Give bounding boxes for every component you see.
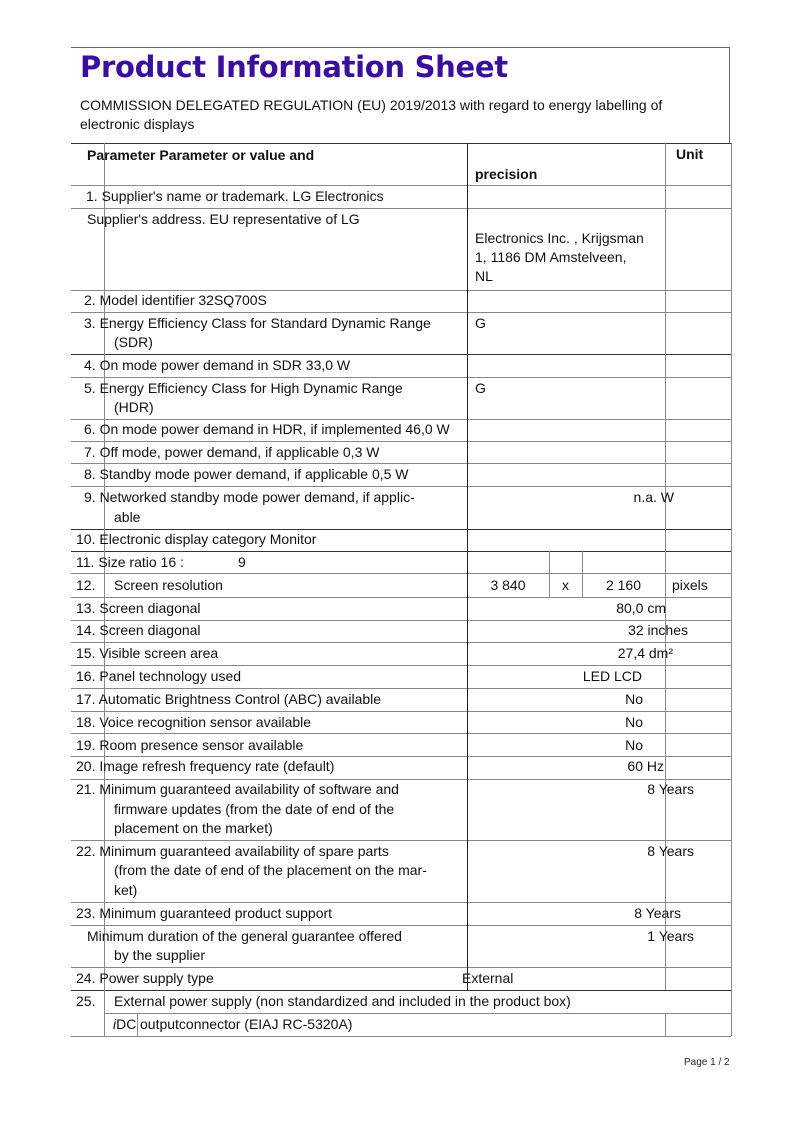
row-general-guarantee-cont: by the supplier xyxy=(114,946,205,965)
column-divider xyxy=(665,1013,666,1036)
refresh-rate-value: 60 Hz xyxy=(560,757,664,776)
row-external-power-number: 25. xyxy=(76,992,95,1011)
row-product-support: 23. Minimum guaranteed product support xyxy=(76,904,332,923)
row-hdr-class: 5. Energy Efficiency Class for High Dyna… xyxy=(84,379,403,398)
row-diagonal-cm: 13. Screen diagonal xyxy=(76,599,201,618)
column-divider xyxy=(104,143,105,1036)
row-divider xyxy=(71,208,731,209)
spare-parts-value: 8 Years xyxy=(560,842,694,861)
column-divider xyxy=(137,1013,138,1036)
networked-standby-value: n.a. W xyxy=(560,488,674,507)
general-guarantee-value: 1 Years xyxy=(560,927,694,946)
row-supplier-name: 1. Supplier's name or trademark. LG Elec… xyxy=(86,187,384,206)
row-spare-parts-cont2: ket) xyxy=(114,881,137,900)
row-sdr-class: 3. Energy Efficiency Class for Standard … xyxy=(84,314,431,333)
room-sensor-value: No xyxy=(560,736,643,755)
row-power-supply-type: 24. Power supply type xyxy=(76,969,214,988)
row-divider xyxy=(71,967,731,968)
row-model-identifier: 2. Model identifier 32SQ700S xyxy=(84,291,267,310)
product-information-sheet-page: Product Information Sheet COMMISSION DEL… xyxy=(0,0,802,1134)
row-divider xyxy=(71,377,731,378)
row-hdr-power: 6. On mode power demand in HDR, if imple… xyxy=(84,420,450,439)
size-ratio-height: 9 xyxy=(238,553,246,572)
row-divider xyxy=(71,990,731,991)
row-networked-standby: 9. Networked standby mode power demand, … xyxy=(84,488,415,507)
product-support-value: 8 Years xyxy=(560,904,681,923)
row-refresh-rate: 20. Image refresh frequency rate (defaul… xyxy=(76,757,334,776)
row-voice-sensor: 18. Voice recognition sensor available xyxy=(76,713,311,732)
row-resolution: Screen resolution xyxy=(114,576,223,595)
row-display-category: 10. Electronic display category Monitor xyxy=(76,530,316,549)
row-resolution-number: 12. xyxy=(76,576,95,595)
row-panel-technology: 16. Panel technology used xyxy=(76,667,241,686)
row-sdr-class-cont: (SDR) xyxy=(114,333,153,352)
row-software-updates: 21. Minimum guaranteed availability of s… xyxy=(76,780,399,799)
abc-value: No xyxy=(560,690,643,709)
row-external-power-supply: External power supply (non standardized … xyxy=(114,992,571,1011)
row-hdr-class-cont: (HDR) xyxy=(114,398,154,417)
row-divider xyxy=(71,733,731,734)
header-precision: precision xyxy=(475,165,537,184)
row-divider xyxy=(71,551,731,552)
row-divider xyxy=(71,902,731,903)
connector-prefix-dc: DC xyxy=(116,1016,136,1032)
row-divider xyxy=(71,840,731,841)
supplier-address-line-1: Electronics Inc. , Krijgsman xyxy=(475,229,644,248)
resolution-vertical: 2 160 xyxy=(582,576,665,595)
connector-prefix: iDC xyxy=(113,1015,136,1034)
row-divider xyxy=(71,925,731,926)
row-divider xyxy=(71,1036,731,1037)
row-divider xyxy=(71,665,731,666)
row-divider xyxy=(71,597,731,598)
column-divider xyxy=(467,143,468,990)
row-spare-parts: 22. Minimum guaranteed availability of s… xyxy=(76,842,389,861)
row-sdr-power: 4. On mode power demand in SDR 33,0 W xyxy=(84,356,350,375)
row-abc: 17. Automatic Brightness Control (ABC) a… xyxy=(76,690,381,709)
row-divider xyxy=(71,711,731,712)
row-divider xyxy=(71,463,731,464)
page-indicator: Page 1 / 2 xyxy=(684,1057,730,1068)
row-visible-area: 15. Visible screen area xyxy=(76,644,218,663)
row-size-ratio: 11. Size ratio 16 : xyxy=(76,553,184,572)
diagonal-cm-value: 80,0 cm xyxy=(560,599,666,618)
resolution-unit: pixels xyxy=(672,576,708,595)
row-divider xyxy=(71,486,731,487)
header-parameter: Parameter Parameter or value and xyxy=(87,146,314,165)
row-supplier-address: Supplier's address. EU representative of… xyxy=(87,210,360,229)
voice-sensor-value: No xyxy=(560,713,643,732)
row-spare-parts-cont: (from the date of end of the placement o… xyxy=(114,861,427,880)
row-networked-standby-cont: able xyxy=(114,508,140,527)
row-dc-output-connector: outputconnector (EIAJ RC-5320A) xyxy=(140,1015,352,1034)
supplier-address-line-3: NL xyxy=(475,267,493,286)
row-divider xyxy=(71,688,731,689)
hdr-class-value: G xyxy=(475,379,486,398)
row-software-updates-cont: firmware updates (from the date of end o… xyxy=(114,800,394,819)
panel-technology-value: LED LCD xyxy=(560,667,642,686)
column-divider xyxy=(731,143,732,1036)
parameter-table: Parameter Parameter or value and precisi… xyxy=(0,0,802,1134)
row-software-updates-cont2: placement on the market) xyxy=(114,819,273,838)
row-divider xyxy=(71,354,731,355)
resolution-horizontal: 3 840 xyxy=(467,576,549,595)
row-divider xyxy=(71,642,731,643)
resolution-separator: x xyxy=(549,576,582,595)
row-general-guarantee: Minimum duration of the general guarante… xyxy=(87,927,402,946)
header-unit: Unit xyxy=(676,145,703,164)
row-divider xyxy=(71,441,731,442)
row-divider xyxy=(71,143,731,144)
diagonal-inches-value: 32 inches xyxy=(560,621,688,640)
power-supply-type-value: External xyxy=(462,969,513,988)
row-divider xyxy=(71,573,731,574)
row-divider xyxy=(71,185,731,186)
row-divider xyxy=(71,312,731,313)
row-diagonal-inches: 14. Screen diagonal xyxy=(76,621,201,640)
software-updates-value: 8 Years xyxy=(560,780,694,799)
row-standby-power: 8. Standby mode power demand, if applica… xyxy=(84,465,409,484)
visible-area-value: 27,4 dm² xyxy=(560,644,673,663)
sdr-class-value: G xyxy=(475,314,486,333)
row-off-mode-power: 7. Off mode, power demand, if applicable… xyxy=(84,443,379,462)
column-divider xyxy=(665,143,666,990)
row-divider xyxy=(104,1013,731,1014)
row-room-sensor: 19. Room presence sensor available xyxy=(76,736,303,755)
supplier-address-line-2: 1, 1186 DM Amstelveen, xyxy=(475,248,626,267)
